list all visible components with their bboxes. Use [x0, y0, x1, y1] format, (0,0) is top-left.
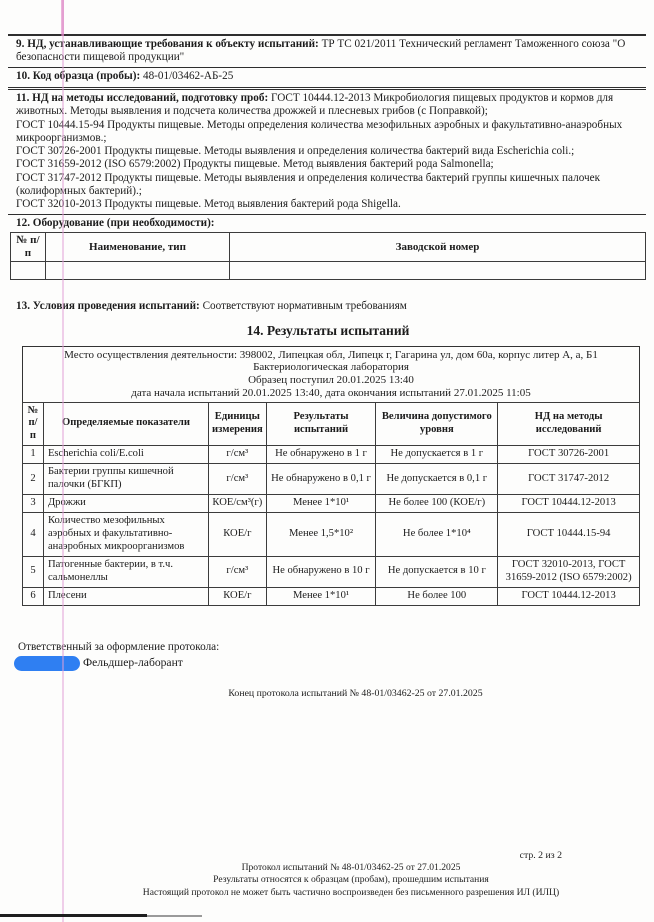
gost-item: ГОСТ 10444.15-94 Продукты пищевые. Метод…	[16, 119, 644, 145]
info-line-address: Место осуществления деятельности: 398002…	[27, 349, 635, 362]
empty-cell	[11, 262, 46, 280]
section-11-intro: 11. НД на методы исследований, подготовк…	[16, 92, 644, 118]
cell-nd: ГОСТ 10444.12-2013	[498, 495, 640, 513]
equipment-header-row: № п/п Наименование, тип Заводской номер	[11, 233, 646, 262]
results-info-box: Место осуществления деятельности: 398002…	[22, 346, 640, 403]
cell-indicator: Бактерии группы кишечной палочки (БГКП)	[43, 464, 208, 495]
table-row: 6 Плесени КОЕ/г Менее 1*10¹ Не более 100…	[23, 587, 640, 605]
results-table: № п/п Определяемые показатели Единицы из…	[22, 402, 640, 606]
table-row: 4 Количество мезофильных аэробных и факу…	[23, 512, 640, 556]
section-13-label: 13. Условия проведения испытаний:	[16, 300, 200, 312]
cell-indicator: Дрожжи	[43, 495, 208, 513]
gost-item: ГОСТ 31747-2012 Продукты пищевые. Методы…	[16, 172, 644, 198]
cell-num: 2	[23, 464, 44, 495]
section-12-label: 12. Оборудование (при необходимости):	[10, 215, 646, 231]
protocol-page: 9. НД, устанавливающие требования к объе…	[0, 0, 654, 922]
cell-result: Не обнаружено в 10 г	[266, 556, 376, 587]
cell-limit: Не допускается в 10 г	[376, 556, 498, 587]
section-10-label: 10. Код образца (пробы):	[16, 70, 140, 82]
scan-artifact-pink-line-top	[61, 0, 64, 36]
cell-num: 1	[23, 446, 44, 464]
gost-item: ГОСТ 30726-2001 Продукты пищевые. Методы…	[16, 145, 644, 158]
footer-protocol-line: Протокол испытаний № 48-01/03462-25 от 2…	[56, 862, 646, 874]
page-number: стр. 2 из 2	[520, 850, 562, 862]
section-10-value: 48-01/03462-АБ-25	[143, 70, 233, 82]
info-line-dates: дата начала испытаний 20.01.2025 13:40, …	[27, 387, 635, 400]
gost-item: ГОСТ 32010-2013 Продукты пищевые. Метод …	[16, 198, 644, 211]
signature-row: Фельдшер-лаборант	[10, 656, 646, 671]
empty-cell	[230, 262, 646, 280]
table-row: 5 Патогенные бактерии, в т.ч. сальмонелл…	[23, 556, 640, 587]
section-9-label: 9. НД, устанавливающие требования к объе…	[16, 38, 319, 50]
results-header-row: № п/п Определяемые показатели Единицы из…	[23, 402, 640, 446]
cell-nd: ГОСТ 32010-2013, ГОСТ 31659-2012 (ISO 65…	[498, 556, 640, 587]
cell-result: Менее 1*10¹	[266, 587, 376, 605]
cell-indicator: Escherichia coli/E.coli	[43, 446, 208, 464]
gost-item: ГОСТ 31659-2012 (ISO 6579:2002) Продукты…	[16, 158, 644, 171]
equipment-col-name: Наименование, тип	[45, 233, 229, 262]
info-line-lab: Бактериологическая лаборатория	[27, 361, 635, 374]
cell-indicator: Количество мезофильных аэробных и факуль…	[43, 512, 208, 556]
cell-result: Менее 1,5*10²	[266, 512, 376, 556]
cell-result: Не обнаружено в 1 г	[266, 446, 376, 464]
signature-position: Фельдшер-лаборант	[83, 656, 183, 670]
cell-nd: ГОСТ 30726-2001	[498, 446, 640, 464]
results-col-unit: Единицы измерения	[209, 402, 267, 446]
end-of-protocol-line: Конец протокола испытаний № 48-01/03462-…	[10, 688, 646, 700]
cell-unit: КОЕ/г	[209, 587, 267, 605]
cell-result: Менее 1*10¹	[266, 495, 376, 513]
footer: Протокол испытаний № 48-01/03462-25 от 2…	[56, 862, 646, 899]
section-13-value: Соответствуют нормативным требованиям	[203, 300, 407, 312]
section-13: 13. Условия проведения испытаний: Соотве…	[10, 300, 646, 313]
scan-artifact-corner-line	[0, 914, 147, 917]
table-row: 3 Дрожжи КОЕ/см³(г) Менее 1*10¹ Не более…	[23, 495, 640, 513]
results-block: Место осуществления деятельности: 398002…	[22, 346, 640, 606]
cell-num: 6	[23, 587, 44, 605]
cell-num: 3	[23, 495, 44, 513]
footer-copyright-line: Настоящий протокол не может быть частичн…	[56, 887, 646, 899]
equipment-col-serial: Заводской номер	[230, 233, 646, 262]
results-col-result: Результаты испытаний	[266, 402, 376, 446]
scan-artifact-corner-line-fade	[147, 915, 202, 917]
cell-num: 4	[23, 512, 44, 556]
info-line-received: Образец поступил 20.01.2025 13:40	[27, 374, 635, 387]
table-row: 2 Бактерии группы кишечной палочки (БГКП…	[23, 464, 640, 495]
results-col-limit: Величина допустимого уровня	[376, 402, 498, 446]
section-11: 11. НД на методы исследований, подготовк…	[10, 90, 646, 214]
cell-num: 5	[23, 556, 44, 587]
section-10: 10. Код образца (пробы): 48-01/03462-АБ-…	[10, 68, 646, 86]
results-col-num: № п/п	[23, 402, 44, 446]
cell-limit: Не более 1*10⁴	[376, 512, 498, 556]
cell-unit: КОЕ/г	[209, 512, 267, 556]
section-11-label: 11. НД на методы исследований, подготовк…	[16, 92, 268, 104]
cell-nd: ГОСТ 31747-2012	[498, 464, 640, 495]
redacted-name	[14, 656, 80, 671]
cell-limit: Не допускается в 0,1 г	[376, 464, 498, 495]
equipment-empty-row	[11, 262, 646, 280]
cell-nd: ГОСТ 10444.15-94	[498, 512, 640, 556]
section-9: 9. НД, устанавливающие требования к объе…	[10, 36, 646, 67]
cell-unit: г/см³	[209, 446, 267, 464]
cell-limit: Не более 100	[376, 587, 498, 605]
cell-unit: г/см³	[209, 556, 267, 587]
results-col-nd: НД на методы исследований	[498, 402, 640, 446]
cell-unit: КОЕ/см³(г)	[209, 495, 267, 513]
cell-limit: Не более 100 (КОЕ/г)	[376, 495, 498, 513]
footer-results-line: Результаты относятся к образцам (пробам)…	[56, 874, 646, 886]
cell-nd: ГОСТ 10444.12-2013	[498, 587, 640, 605]
cell-indicator: Плесени	[43, 587, 208, 605]
empty-cell	[45, 262, 229, 280]
cell-result: Не обнаружено в 0,1 г	[266, 464, 376, 495]
results-title: 14. Результаты испытаний	[10, 323, 646, 339]
table-row: 1 Escherichia coli/E.coli г/см³ Не обнар…	[23, 446, 640, 464]
cell-indicator: Патогенные бактерии, в т.ч. сальмонеллы	[43, 556, 208, 587]
results-col-indicator: Определяемые показатели	[43, 402, 208, 446]
equipment-table: № п/п Наименование, тип Заводской номер	[10, 232, 646, 280]
equipment-col-num: № п/п	[11, 233, 46, 262]
cell-unit: г/см³	[209, 464, 267, 495]
cell-limit: Не допускается в 1 г	[376, 446, 498, 464]
signature-label: Ответственный за оформление протокола:	[10, 641, 646, 654]
